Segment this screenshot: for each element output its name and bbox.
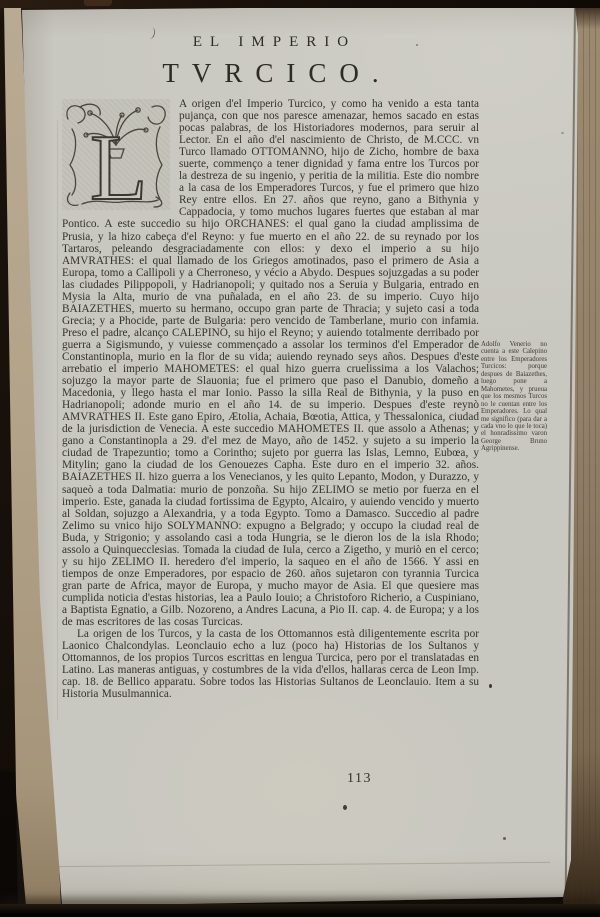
body-text-block: L A origen d'el Imperio Turcico, y como … [62,98,479,700]
foxing-spot [503,837,506,840]
binding-fragment [84,0,112,6]
book-page: EL IMPERIO TVRCICO. [0,0,600,917]
foxing-spot [343,805,347,810]
chapter-title: EL IMPERIO TVRCICO. [62,34,479,89]
closing-paragraph: La origen de los Turcos, y la casta de l… [62,628,479,700]
foxing-spot [489,684,492,688]
paper-fold-line [57,120,58,720]
paper-scuff-line [58,862,550,867]
foxing-spot [416,44,418,46]
foxing-spot [561,132,564,134]
photo-bottom-edge [0,904,600,917]
book-photograph: EL IMPERIO TVRCICO. [0,0,600,917]
margin-note: Adolfo Venerio no cuenta a este Calepino… [481,341,547,453]
title-line-1: EL IMPERIO [62,34,479,51]
drop-cap-letter: L [90,116,147,210]
page-number: 113 [347,771,397,787]
title-line-2: TVRCICO. [62,58,479,89]
drop-cap-woodcut: L [62,99,170,210]
